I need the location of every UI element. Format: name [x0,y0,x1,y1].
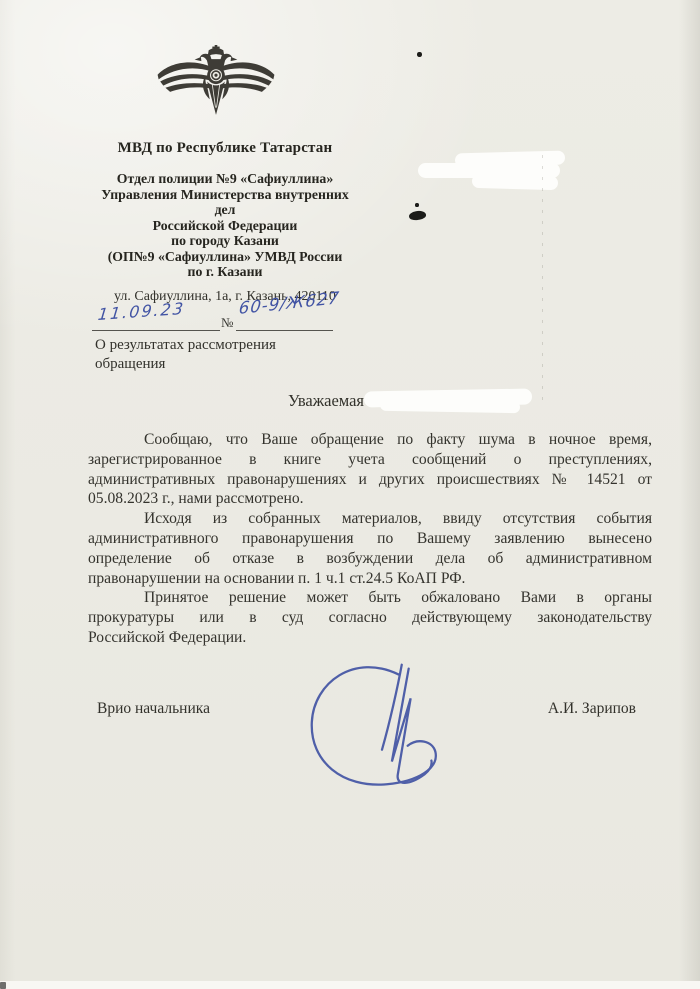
body-line: правонарушении на основании п. 1 ч.1 ст.… [88,569,652,589]
letterhead: МВД по Республике Татарстан Отдел полици… [58,0,392,320]
redaction-overlay-name [380,399,520,413]
body-line: Принятое решение может быть обжаловано В… [88,588,652,608]
body-line: административных правонарушениях и други… [88,470,652,490]
subject-line: О результатах рассмотрения [95,336,276,355]
salutation: Уважаемая [288,391,364,411]
ink-speck [415,203,419,207]
redaction-overlay-header [472,174,558,190]
office-address: ул. Сафиуллина, 1а, г. Казань, 420110 [58,289,392,305]
department-line: Отдел полиции №9 «Сафиуллина» [58,171,392,187]
body-line: прокуратуры или в суд согласно действующ… [88,608,652,628]
letter-body: Сообщаю, что Ваше обращение по факту шум… [88,430,652,648]
body-line: административного правонарушения по Ваше… [88,529,652,549]
department-block: Отдел полиции №9 «Сафиуллина» Управления… [58,171,392,280]
department-line: дел [58,202,392,218]
ink-speck [417,52,422,57]
department-line: Российской Федерации [58,218,392,234]
department-line: по г. Казани [58,264,392,280]
scanner-streak [542,155,543,405]
department-line: Управления Министерства внутренних [58,187,392,203]
handwritten-signature-icon [297,648,465,798]
ministry-title: МВД по Республике Татарстан [58,140,392,157]
department-line: по городу Казани [58,233,392,249]
body-line: 05.08.2023 г., нами рассмотрено. [88,489,652,509]
scanned-letter-page: МВД по Республике Татарстан Отдел полици… [0,0,700,989]
number-label: № [221,315,233,331]
ink-blot [408,210,426,222]
subject-block: О результатах рассмотрения обращения [95,336,276,373]
scanner-bed-edge [0,981,700,989]
body-line: Исходя из собранных материалов, ввиду от… [88,509,652,529]
signer-name: А.И. Зарипов [470,700,636,718]
scanner-edge-mark [0,982,6,989]
body-line: определение об отказе в возбуждении дела… [88,549,652,569]
date-underline [92,330,220,331]
number-underline [236,330,333,331]
body-line: Российской Федерации. [88,628,652,648]
signer-position-title: Врио начальника [97,700,210,718]
subject-line: обращения [95,355,276,374]
department-line: (ОП№9 «Сафиуллина» УМВД России [58,249,392,265]
body-line: Сообщаю, что Ваше обращение по факту шум… [88,430,652,450]
body-line: зарегистрированное в книге учета сообщен… [88,450,652,470]
